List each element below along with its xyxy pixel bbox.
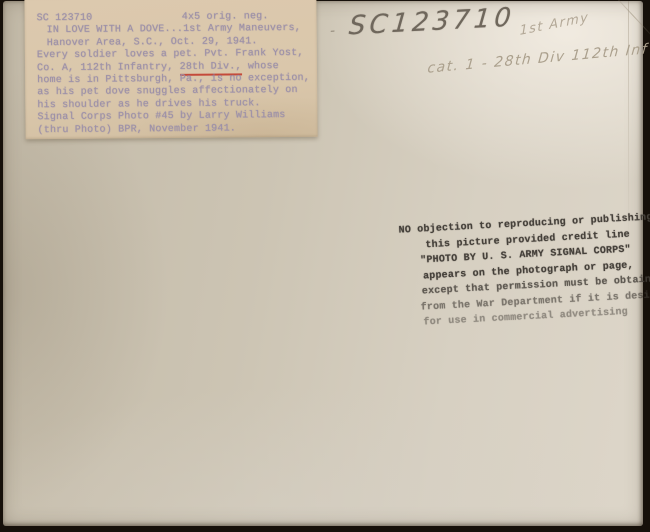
caption-credit-line: Signal Corps Photo #45 by Larry Williams — [37, 110, 309, 125]
typed-caption-slip: SC 123710 4x5 orig. neg. IN LOVE WITH A … — [24, 0, 317, 139]
caption-body-line: as his pet dove snuggles affectionately … — [37, 85, 309, 100]
handwritten-category-note: cat. 1 - 28th Div 112th Inf — [427, 41, 649, 76]
caption-date-line: (thru Photo) BPR, November 1941. — [37, 122, 309, 137]
pencil-dash-mark: - — [329, 23, 335, 39]
paper-edge-line — [628, 1, 629, 241]
photo-back-paper: SC 123710 4x5 orig. neg. IN LOVE WITH A … — [3, 1, 643, 526]
unit-line-post: whose — [242, 61, 279, 72]
caption-title-line: IN LOVE WITH A DOVE...1st Army Maneuvers… — [37, 23, 309, 38]
photo-serial-typed: SC 123710 — [37, 13, 93, 26]
handwritten-serial-number: SC123710 — [348, 3, 516, 42]
reproduction-permission-stamp: NO objection to reproducing or publishin… — [398, 210, 650, 332]
corner-crease-mark — [611, 0, 650, 39]
handwritten-army-note: 1st Army — [520, 10, 590, 39]
unit-line-pre: Co. A, 112th Infantry, — [37, 62, 180, 74]
